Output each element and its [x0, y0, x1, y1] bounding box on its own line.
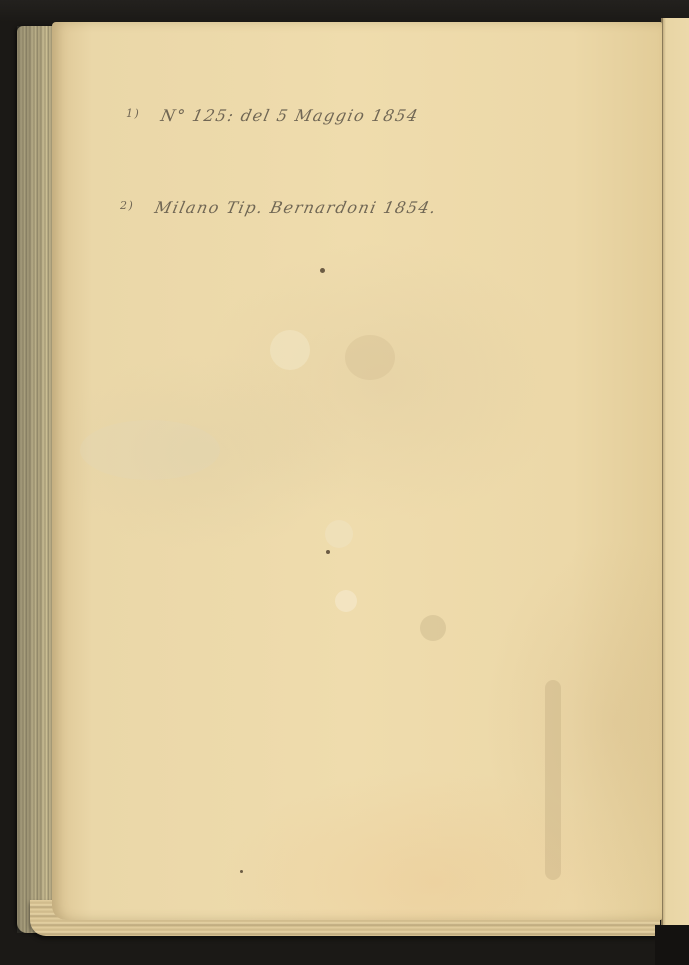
footnote-marker: 2): [120, 199, 134, 212]
footnote-text: N° 125: del 5 Maggio 1854: [159, 106, 421, 125]
manuscript-page: [52, 22, 662, 920]
corner-shadow: [655, 925, 689, 965]
footnote-text: Milano Tip. Bernardoni 1854.: [153, 198, 439, 217]
footnote-marker: 1): [126, 107, 140, 120]
footnote-2: 2) Milano Tip. Bernardoni 1854.: [120, 198, 437, 217]
facing-page: [662, 18, 689, 930]
footnote-1: 1) N° 125: del 5 Maggio 1854: [126, 106, 419, 125]
